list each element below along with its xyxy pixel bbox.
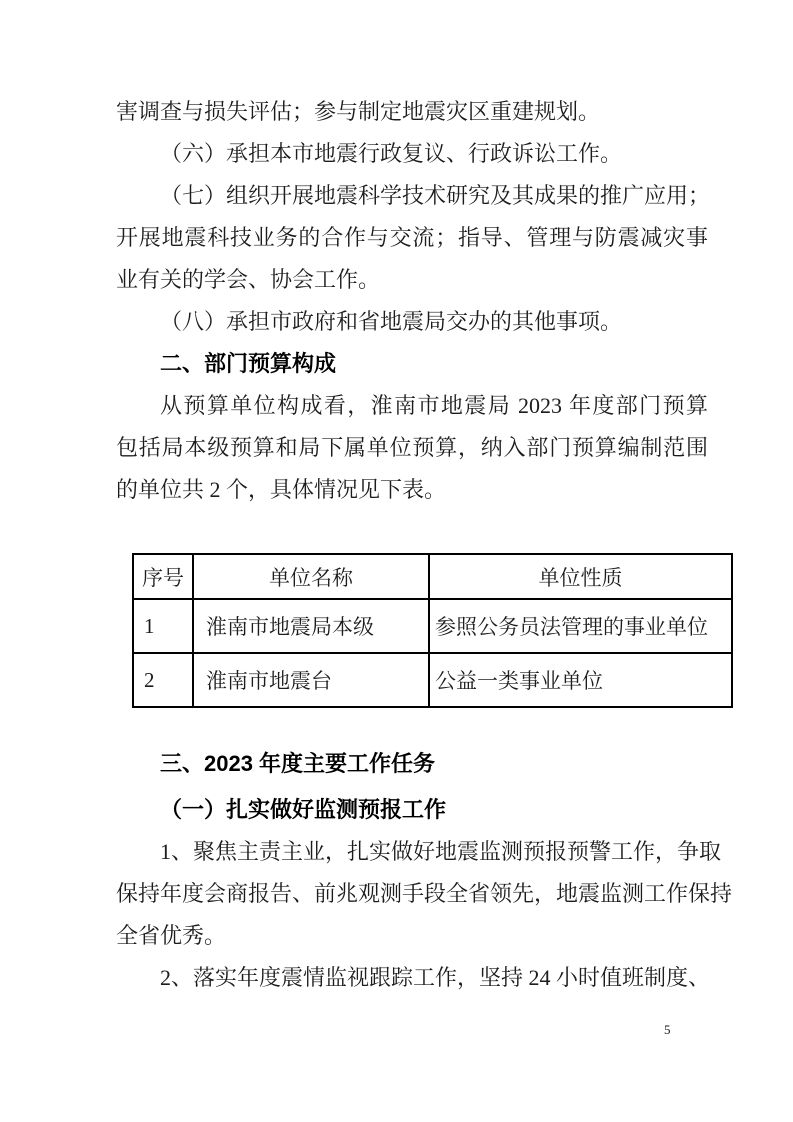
continued-paragraph-line: 害调查与损失评估；参与制定地震灾区重建规划。 — [116, 91, 708, 133]
section-heading-budget-composition: 二、部门预算构成 — [116, 343, 708, 385]
budget-paragraph-line-1: 从预算单位构成看，淮南市地震局 2023 年度部门预算 — [116, 385, 708, 427]
section-heading-annual-tasks: 三、2023 年度主要工作任务 — [116, 743, 708, 785]
cell-unit-name: 淮南市地震台 — [193, 653, 429, 707]
cell-seq-no: 1 — [133, 599, 193, 653]
cell-unit-nature: 参照公务员法管理的事业单位 — [429, 599, 732, 653]
cell-unit-name: 淮南市地震局本级 — [193, 599, 429, 653]
task-1-line-2: 保持年度会商报告、前兆观测手段全省领先，地震监测工作保持 — [116, 873, 708, 915]
table-row: 1 淮南市地震局本级 参照公务员法管理的事业单位 — [133, 599, 732, 653]
budget-paragraph-line-3: 的单位共 2 个，具体情况见下表。 — [116, 469, 708, 511]
item-7-line-2: 开展地震科技业务的合作与交流；指导、管理与防震减灾事 — [116, 217, 708, 259]
cell-unit-nature: 公益一类事业单位 — [429, 653, 732, 707]
table-row: 2 淮南市地震台 公益一类事业单位 — [133, 653, 732, 707]
cell-seq-no: 2 — [133, 653, 193, 707]
task-1-line-1: 1、聚焦主责主业，扎实做好地震监测预报预警工作，争取 — [116, 831, 708, 873]
header-unit-name: 单位名称 — [193, 554, 429, 599]
budget-paragraph-line-2: 包括局本级预算和局下属单位预算，纳入部门预算编制范围 — [116, 427, 708, 469]
item-7-line-3: 业有关的学会、协会工作。 — [116, 259, 708, 301]
item-6-line: （六）承担本市地震行政复议、行政诉讼工作。 — [116, 133, 708, 175]
budget-units-table: 序号 单位名称 单位性质 1 淮南市地震局本级 参照公务员法管理的事业单位 2 … — [132, 553, 733, 708]
task-1-line-3: 全省优秀。 — [116, 915, 708, 957]
table-header-row: 序号 单位名称 单位性质 — [133, 554, 732, 599]
item-8-line: （八）承担市政府和省地震局交办的其他事项。 — [116, 301, 708, 343]
task-2-line-1: 2、落实年度震情监视跟踪工作，坚持 24 小时值班制度、 — [116, 957, 708, 999]
page-number: 5 — [664, 1022, 671, 1038]
item-7-line-1: （七）组织开展地震科学技术研究及其成果的推广应用； — [116, 175, 708, 217]
subsection-heading-monitoring-forecast: （一）扎实做好监测预报工作 — [116, 789, 708, 831]
document-body: 害调查与损失评估；参与制定地震灾区重建规划。 （六）承担本市地震行政复议、行政诉… — [116, 91, 708, 999]
header-seq-no: 序号 — [133, 554, 193, 599]
document-page: 害调查与损失评估；参与制定地震灾区重建规划。 （六）承担本市地震行政复议、行政诉… — [0, 0, 793, 1122]
header-unit-nature: 单位性质 — [429, 554, 732, 599]
